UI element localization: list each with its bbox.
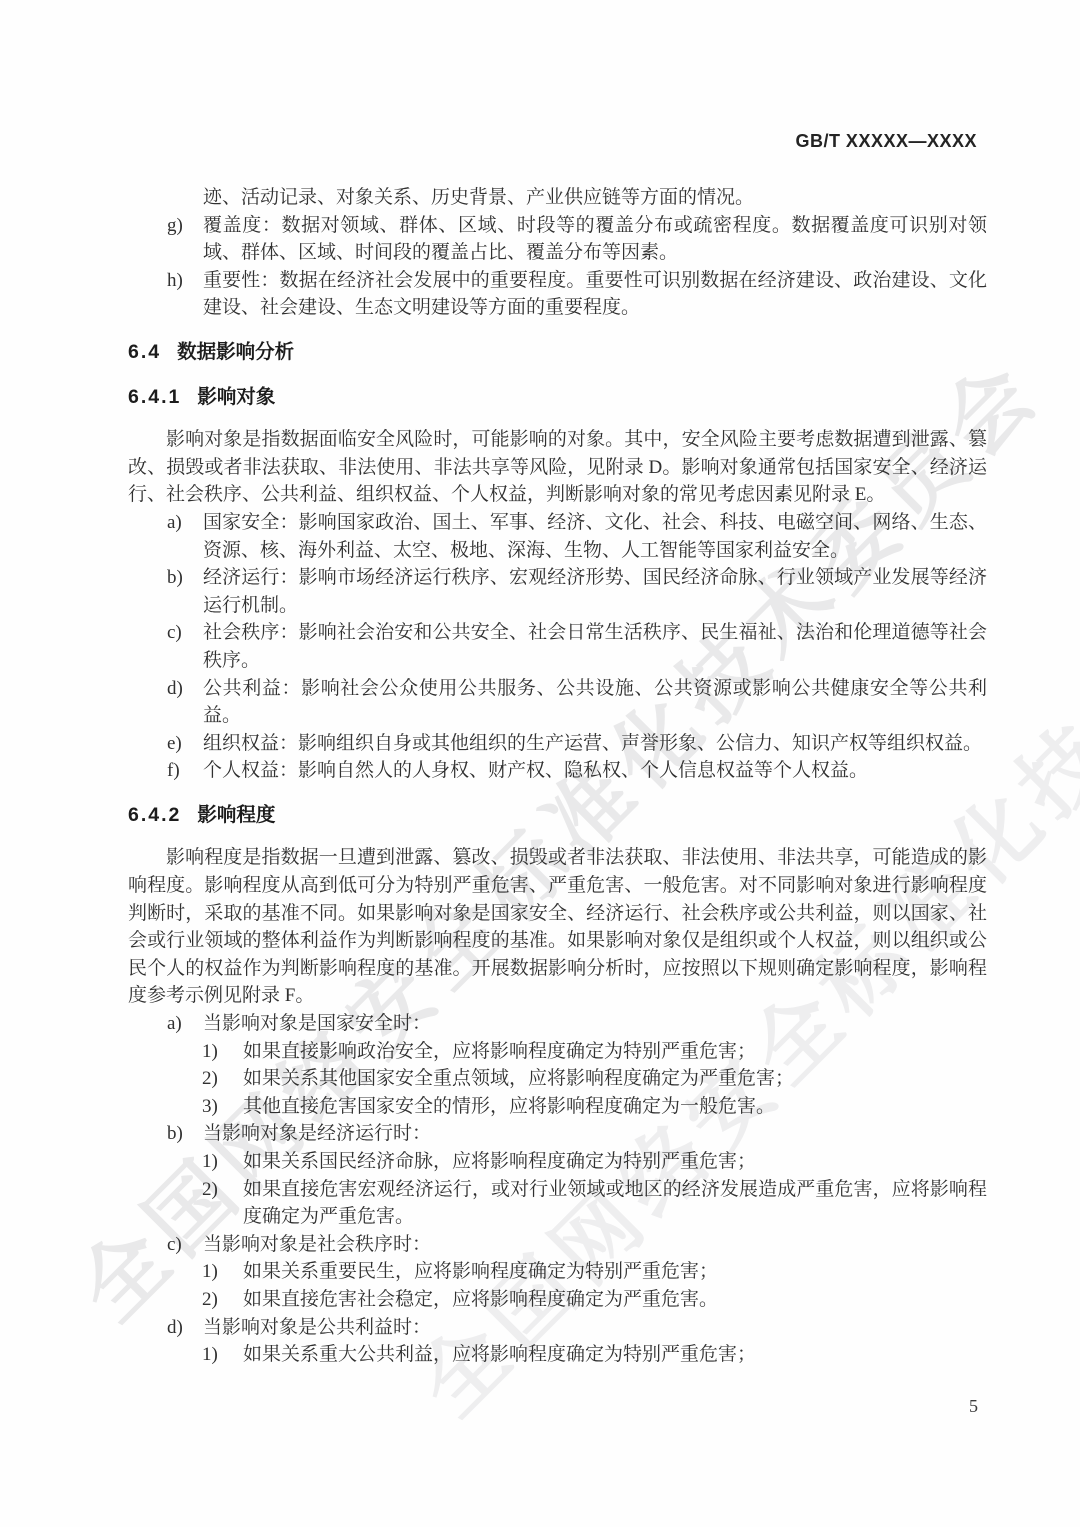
list-text: 国家安全：影响国家政治、国土、军事、经济、文化、社会、科技、电磁空间、网络、生态… [203,509,987,564]
list-marker: 3) [202,1093,243,1121]
list-item: g) 覆盖度：数据对领域、群体、区域、时段等的覆盖分布或疏密程度。数据覆盖度可识… [167,212,987,267]
list-marker: 1) [202,1148,243,1176]
list-text: 如果关系其他国家安全重点领域，应将影响程度确定为严重危害； [243,1065,987,1093]
list-text: 如果关系重大公共利益，应将影响程度确定为特别严重危害； [243,1341,987,1369]
list-item: a) 当影响对象是国家安全时： [167,1010,987,1038]
list-marker: h) [167,267,203,322]
list-marker: g) [167,212,203,267]
list-item: b) 经济运行：影响市场经济运行秩序、宏观经济形势、国民经济命脉、行业领域产业发… [167,564,987,619]
sub-list-item: 2) 如果直接危害宏观经济运行，或对行业领域或地区的经济发展造成严重危害，应将影… [202,1176,987,1231]
list-item: b) 当影响对象是经济运行时： [167,1120,987,1148]
list-text: 其他直接危害国家安全的情形，应将影响程度确定为一般危害。 [243,1093,987,1121]
standard-code-header: GB/T XXXXX—XXXX [795,131,977,152]
list-item: a) 国家安全：影响国家政治、国土、军事、经济、文化、社会、科技、电磁空间、网络… [167,509,987,564]
list-marker: d) [167,675,203,730]
document-page: 全国网络安全标准化技术委员会 全国网络安全标准化技术委员会 GB/T XXXXX… [0,0,1080,1527]
sub-list-item: 2) 如果关系其他国家安全重点领域，应将影响程度确定为严重危害； [202,1065,987,1093]
list-text: 个人权益：影响自然人的人身权、财产权、隐私权、个人信息权益等个人权益。 [203,757,987,785]
list-text: 经济运行：影响市场经济运行秩序、宏观经济形势、国民经济命脉、行业领域产业发展等经… [203,564,987,619]
section-title: 数据影响分析 [177,341,294,363]
list-item: c) 社会秩序：影响社会治安和公共安全、社会日常生活秩序、民生福祉、法治和伦理道… [167,619,987,674]
list-text: 当影响对象是经济运行时： [203,1120,987,1148]
list-text: 如果直接危害社会稳定，应将影响程度确定为严重危害。 [243,1286,987,1314]
sub-list-item: 1) 如果关系重要民生，应将影响程度确定为特别严重危害； [202,1258,987,1286]
list-marker: e) [167,730,203,758]
list-text: 如果直接危害宏观经济运行，或对行业领域或地区的经济发展造成严重危害，应将影响程度… [243,1176,987,1231]
list-item: d) 公共利益：影响社会公众使用公共服务、公共设施、公共资源或影响公共健康安全等… [167,675,987,730]
list-marker: 2) [202,1065,243,1093]
section-heading-6-4: 6.4数据影响分析 [128,339,987,367]
list-text: 当影响对象是公共利益时： [203,1314,987,1342]
sub-list-item: 1) 如果直接影响政治安全，应将影响程度确定为特别严重危害； [202,1038,987,1066]
page-number: 5 [969,1396,978,1417]
page-body: 迹、活动记录、对象关系、历史背景、产业供应链等方面的情况。 g) 覆盖度：数据对… [128,184,987,1369]
list-item: f) 个人权益：影响自然人的人身权、财产权、隐私权、个人信息权益等个人权益。 [167,757,987,785]
list-marker: b) [167,1120,203,1148]
list-marker: a) [167,509,203,564]
list-marker: 1) [202,1341,243,1369]
list-marker: c) [167,619,203,674]
list-text: 如果直接影响政治安全，应将影响程度确定为特别严重危害； [243,1038,987,1066]
section-title: 影响程度 [197,804,275,826]
section-title: 影响对象 [197,386,275,408]
sub-list-item: 1) 如果关系国民经济命脉，应将影响程度确定为特别严重危害； [202,1148,987,1176]
list-marker: f) [167,757,203,785]
list-item: d) 当影响对象是公共利益时： [167,1314,987,1342]
sub-list-item: 1) 如果关系重大公共利益，应将影响程度确定为特别严重危害； [202,1341,987,1369]
list-marker: 1) [202,1038,243,1066]
paragraph-impact-object: 影响对象是指数据面临安全风险时，可能影响的对象。其中，安全风险主要考虑数据遭到泄… [128,426,987,509]
list-text: 如果关系重要民生，应将影响程度确定为特别严重危害； [243,1258,987,1286]
sub-list-item: 3) 其他直接危害国家安全的情形，应将影响程度确定为一般危害。 [202,1093,987,1121]
list-text: 当影响对象是国家安全时： [203,1010,987,1038]
list-text: 公共利益：影响社会公众使用公共服务、公共设施、公共资源或影响公共健康安全等公共利… [203,675,987,730]
list-marker: c) [167,1231,203,1259]
continuation-line: 迹、活动记录、对象关系、历史背景、产业供应链等方面的情况。 [203,184,987,212]
section-number: 6.4.1 [128,386,181,408]
list-item: h) 重要性：数据在经济社会发展中的重要程度。重要性可识别数据在经济建设、政治建… [167,267,987,322]
list-marker: b) [167,564,203,619]
list-text: 重要性：数据在经济社会发展中的重要程度。重要性可识别数据在经济建设、政治建设、文… [203,267,987,322]
paragraph-impact-degree: 影响程度是指数据一旦遭到泄露、篡改、损毁或者非法获取、非法使用、非法共享，可能造… [128,844,987,1010]
list-text: 如果关系国民经济命脉，应将影响程度确定为特别严重危害； [243,1148,987,1176]
section-heading-6-4-1: 6.4.1影响对象 [128,384,987,412]
section-number: 6.4.2 [128,804,181,826]
list-marker: 2) [202,1176,243,1231]
list-item: e) 组织权益：影响组织自身或其他组织的生产运营、声誉形象、公信力、知识产权等组… [167,730,987,758]
list-item: c) 当影响对象是社会秩序时： [167,1231,987,1259]
list-marker: d) [167,1314,203,1342]
list-text: 覆盖度：数据对领域、群体、区域、时段等的覆盖分布或疏密程度。数据覆盖度可识别对领… [203,212,987,267]
list-marker: 1) [202,1258,243,1286]
section-number: 6.4 [128,341,161,363]
list-marker: a) [167,1010,203,1038]
sub-list-item: 2) 如果直接危害社会稳定，应将影响程度确定为严重危害。 [202,1286,987,1314]
list-text: 组织权益：影响组织自身或其他组织的生产运营、声誉形象、公信力、知识产权等组织权益… [203,730,987,758]
list-marker: 2) [202,1286,243,1314]
list-text: 当影响对象是社会秩序时： [203,1231,987,1259]
list-text: 社会秩序：影响社会治安和公共安全、社会日常生活秩序、民生福祉、法治和伦理道德等社… [203,619,987,674]
section-heading-6-4-2: 6.4.2影响程度 [128,802,987,830]
